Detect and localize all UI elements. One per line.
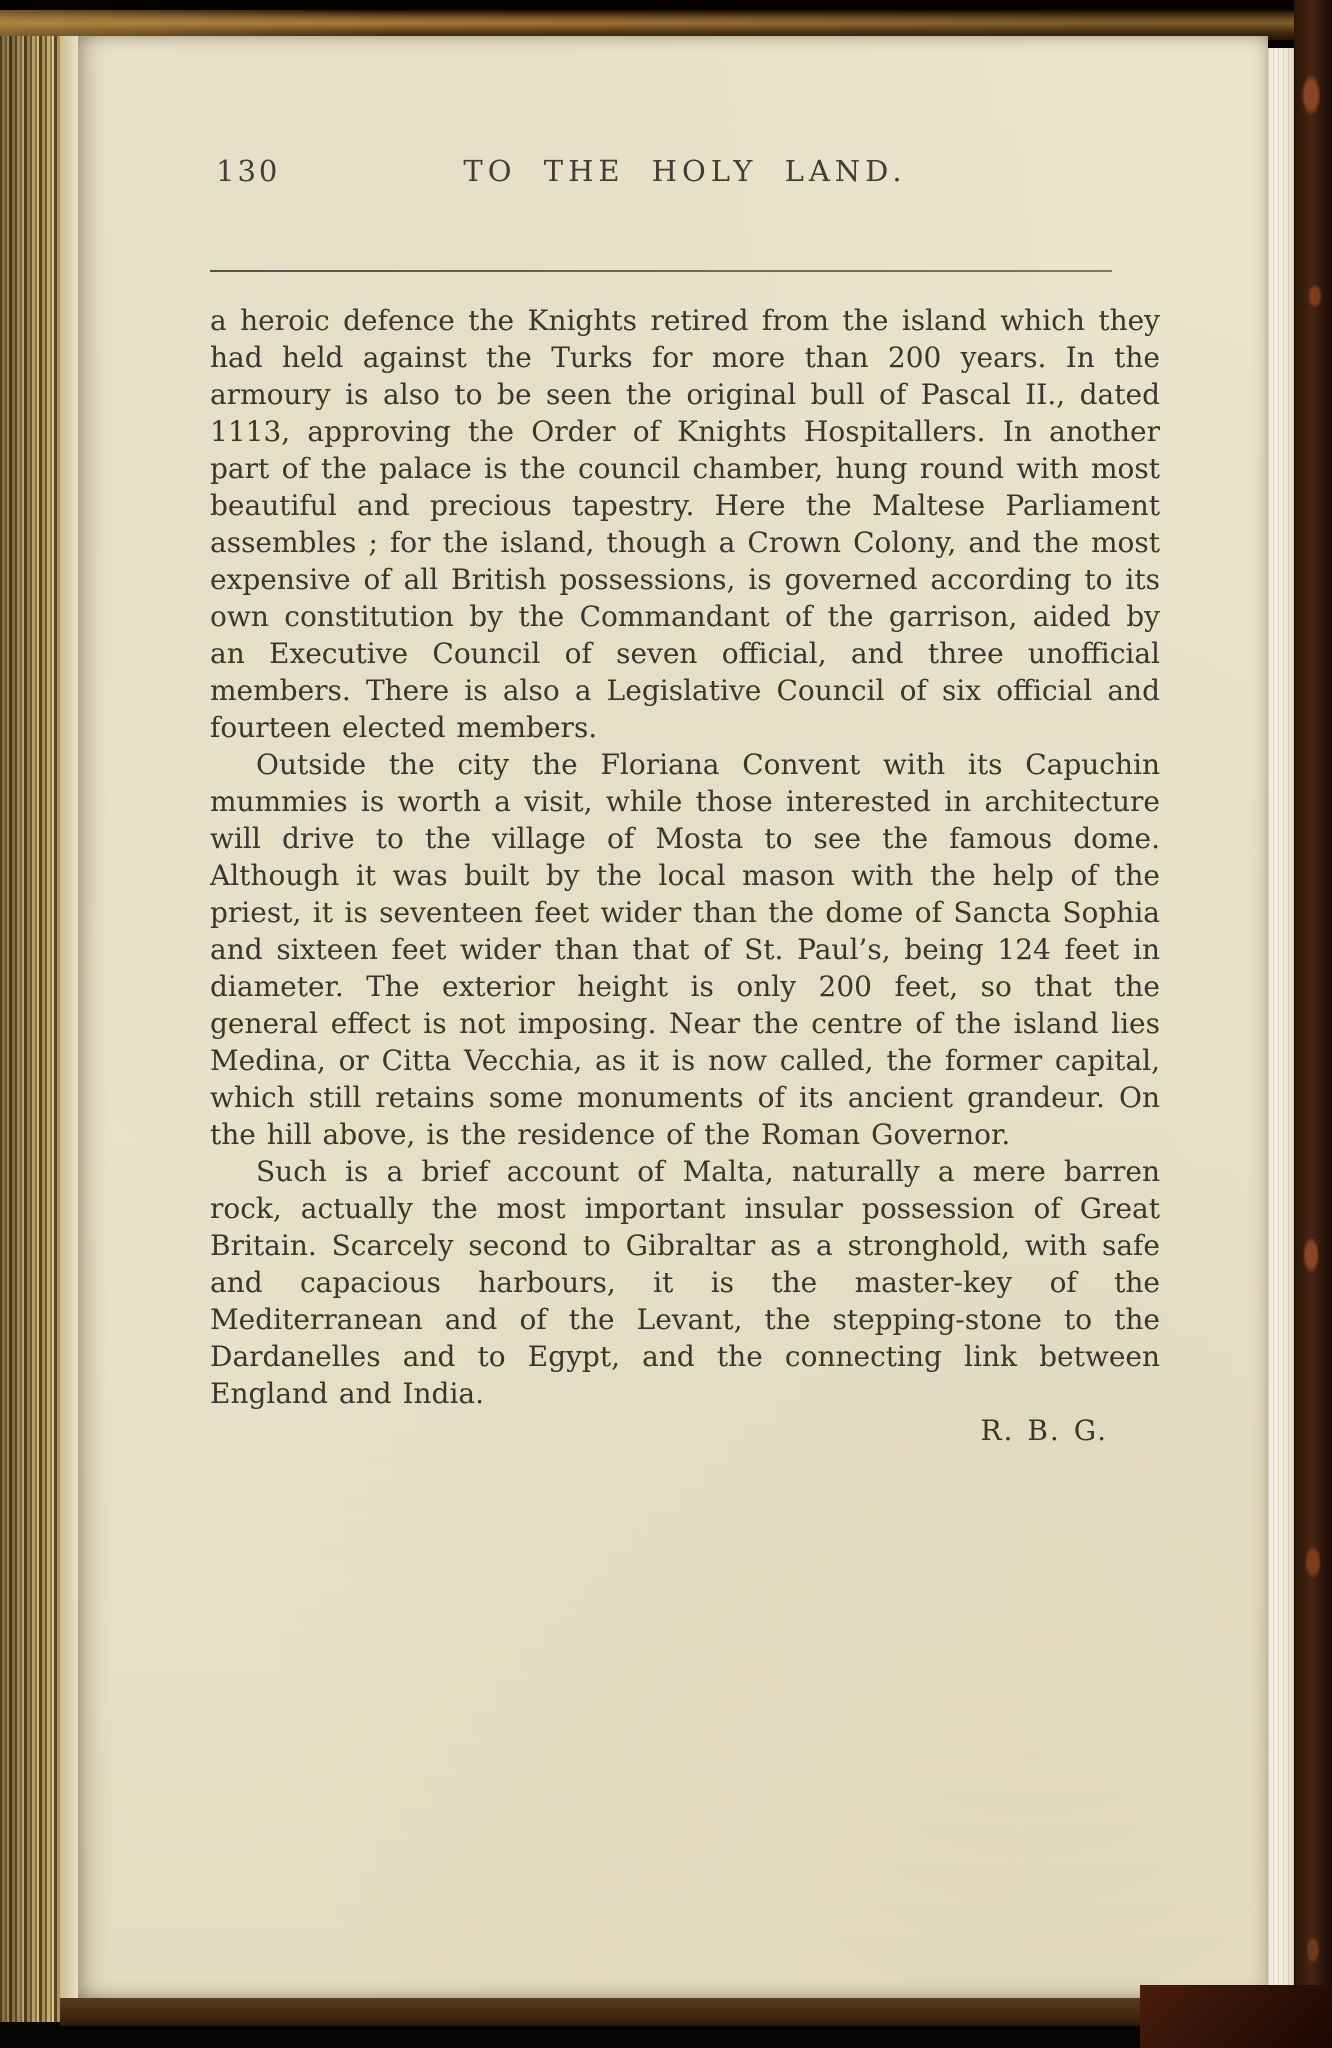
book-cover-right: [1294, 0, 1332, 2048]
paragraph: Outside the city the Floriana Convent wi…: [210, 746, 1160, 1153]
book-cover-bottom-right-corner: [1140, 1985, 1332, 2048]
scan-bottom-shadow: [0, 2026, 1332, 2048]
book-page: 130 TO THE HOLY LAND. a heroic defence t…: [78, 36, 1268, 2000]
paragraph: Such is a brief account of Malta, natura…: [210, 1153, 1160, 1412]
page-number: 130: [216, 154, 280, 188]
body-text: a heroic defence the Knights retired fro…: [210, 302, 1160, 1449]
page-fore-edge-highlight: [60, 36, 78, 2022]
header-rule: [210, 270, 1112, 272]
paragraph: a heroic defence the Knights retired fro…: [210, 302, 1160, 746]
author-initials: R. B. G.: [210, 1412, 1160, 1449]
book-scan: 130 TO THE HOLY LAND. a heroic defence t…: [0, 0, 1332, 2048]
page-fore-edges-right: [1268, 48, 1294, 2000]
page-fore-edges-left: [0, 36, 78, 2022]
running-header-title: TO THE HOLY LAND.: [463, 154, 906, 188]
running-header: 130 TO THE HOLY LAND.: [210, 154, 1160, 188]
